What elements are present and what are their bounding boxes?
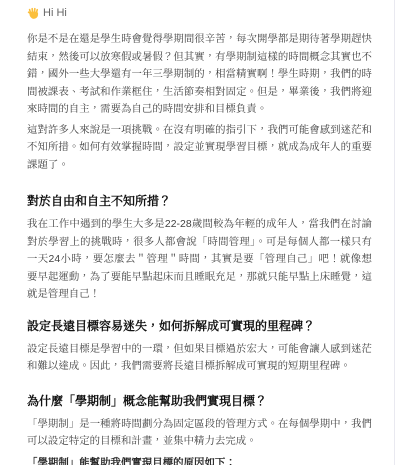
section-heading-semester: 為什麼「學期制」概念能幫助我們實現目標？ [27,392,372,410]
milestones-paragraph: 設定長遠目標是學習中的一環，但如果目標過於宏大，可能會讓人感到迷茫和難以達成。因… [27,341,372,376]
challenge-paragraph: 這對許多人來說是一項挑戰。在沒有明確的指引下，我們可能會感到迷茫和不知所措。如何… [27,122,372,175]
article-body: Hi Hi 你是不是在還是學生時會覺得學期間很辛苦，每次開學都是期待著學期趕快結… [0,0,372,465]
semester-reasons-lead: 「學期制」能幫助我們實現目標的原因如下： [27,455,372,465]
freedom-paragraph: 我在工作中遇到的學生大多是22-28歲間較為年輕的成年人，當我們在討論對於學習上… [27,216,372,304]
semester-paragraph: 「學期制」是一種將時間劃分為固定區段的管理方式。在每個學期中，我們可以設定特定的… [27,416,372,451]
intro-paragraph: 你是不是在還是學生時會覺得學期間很辛苦，每次開學都是期待著學期趕快結束，然後可以… [27,31,372,119]
document-page: Hi Hi 你是不是在還是學生時會覺得學期間很辛苦，每次開學都是期待著學期趕快結… [0,0,400,465]
greeting: Hi Hi [27,5,372,21]
panel-right-border [394,0,395,465]
section-heading-milestones: 設定長遠目標容易迷失，如何拆解成可實現的里程碑？ [27,317,372,335]
waving-hand-icon [27,7,40,20]
section-heading-freedom: 對於自由和自主不知所措？ [27,192,372,210]
greeting-text: Hi Hi [43,7,67,19]
